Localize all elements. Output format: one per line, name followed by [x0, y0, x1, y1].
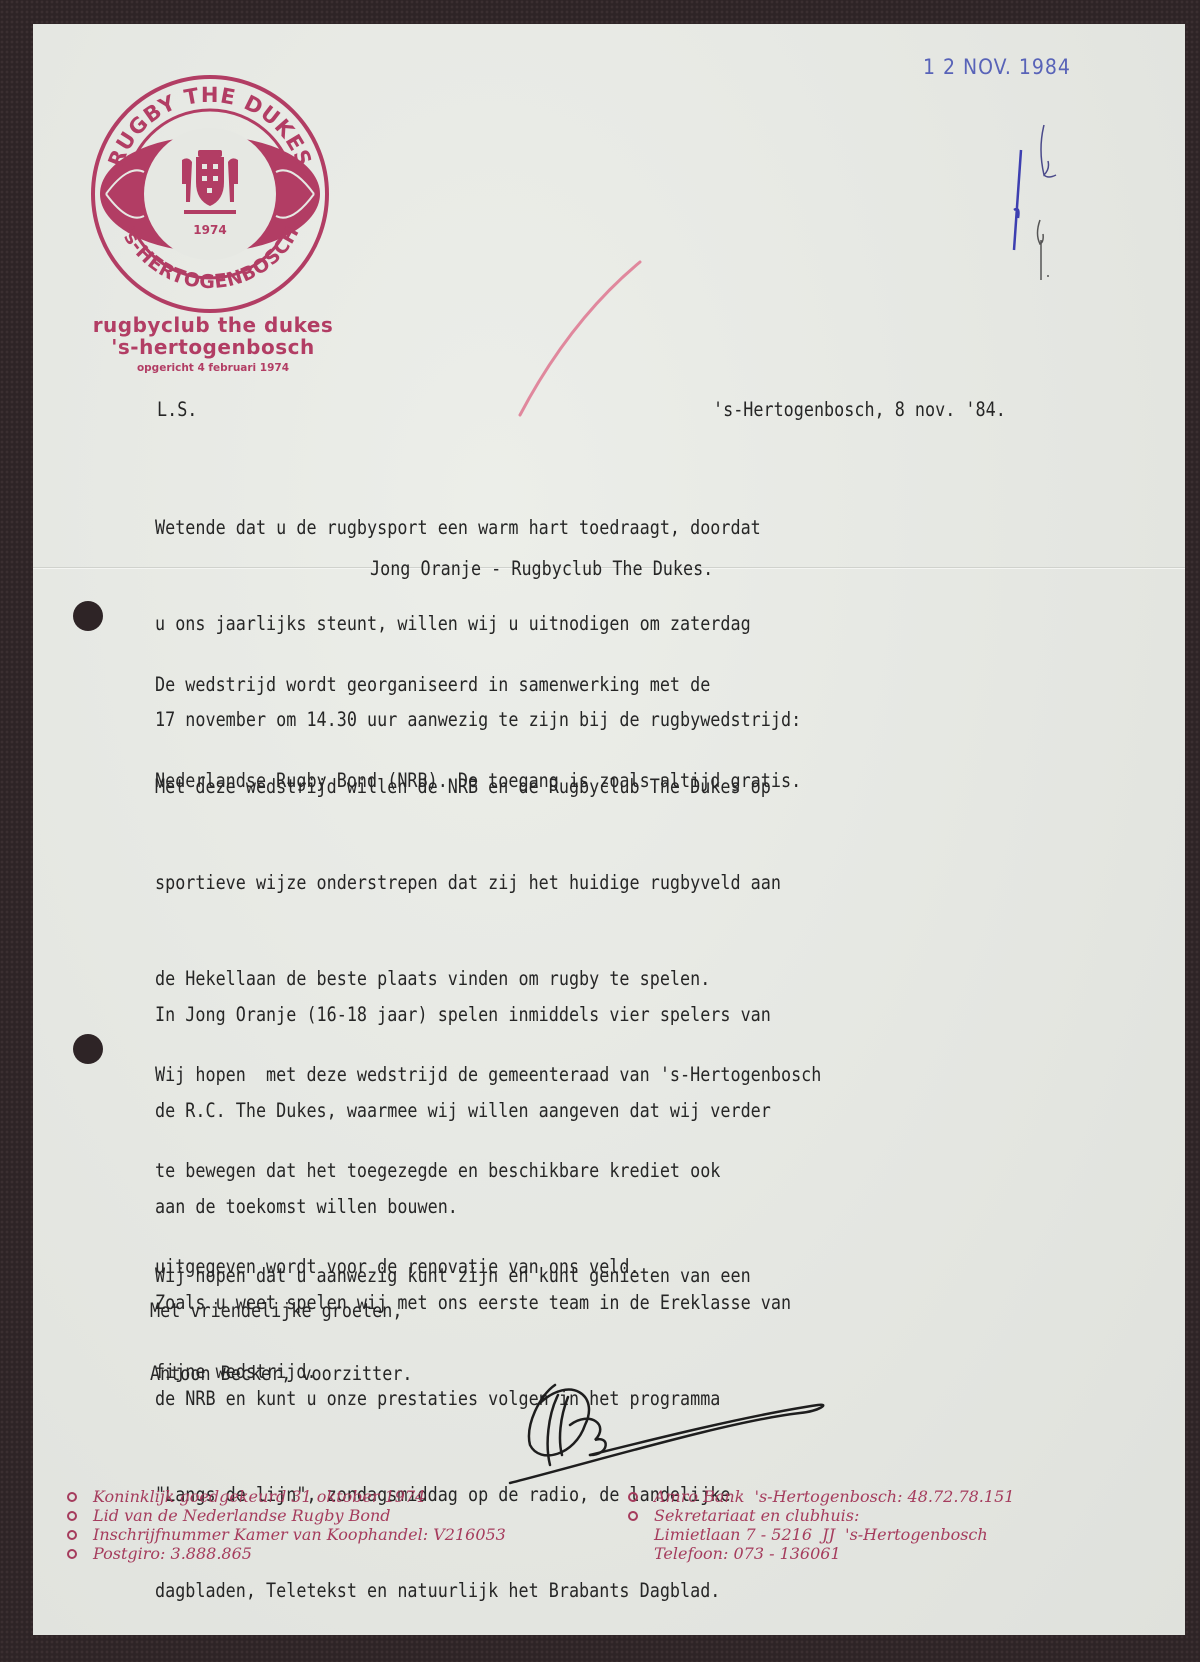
footer-text: Koninklijk goedgekeurd 31 oktober 1974: [93, 1487, 425, 1506]
circle-bullet-icon: [67, 1530, 77, 1540]
footer-contact-info: Amro Bank 's-Hertogenbosch: 48.72.78.151…: [628, 1487, 1014, 1563]
closing-greeting: Met vriendelijke groeten,: [150, 1295, 402, 1327]
salutation: L.S.: [157, 394, 197, 426]
text-line: Wij hopen dat u aanwezig kunt zijn en ku…: [155, 1260, 751, 1292]
footer-item: Limietlaan 7 - 5216 JJ 's-Hertogenbosch: [628, 1525, 1014, 1544]
footer-item: Lid van de Nederlandse Rugby Bond: [67, 1506, 506, 1525]
match-title: Jong Oranje - Rugbyclub The Dukes.: [370, 553, 713, 585]
text-line: Wetende dat u de rugbysport een warm har…: [155, 512, 801, 544]
letter-date: 's-Hertogenbosch, 8 nov. '84.: [713, 394, 1006, 426]
footer-text: Sekretariaat en clubhuis:: [654, 1506, 859, 1525]
footer-item: Telefoon: 073 - 136061: [628, 1544, 1014, 1563]
club-city: 's-hertogenbosch: [82, 336, 344, 358]
circle-bullet-icon: [67, 1492, 77, 1502]
footer-text: Inschrijfnummer Kamer van Koophandel: V2…: [93, 1525, 506, 1544]
circle-bullet-icon: [628, 1511, 638, 1521]
footer-item: Koninklijk goedgekeurd 31 oktober 1974: [67, 1487, 506, 1506]
red-pencil-mark: [480, 250, 680, 450]
text-line: de R.C. The Dukes, waarmee wij willen aa…: [155, 1095, 791, 1127]
footer-text: Lid van de Nederlandse Rugby Bond: [93, 1506, 391, 1525]
footer-text: Telefoon: 073 - 136061: [654, 1544, 841, 1563]
footer-text: Amro Bank 's-Hertogenbosch: 48.72.78.151: [654, 1487, 1014, 1506]
founded-date: opgericht 4 februari 1974: [82, 360, 344, 376]
footer-club-info: Koninklijk goedgekeurd 31 oktober 1974 L…: [67, 1487, 506, 1563]
punch-hole: [73, 1034, 103, 1064]
text-line: dagbladen, Teletekst en natuurlijk het B…: [155, 1575, 791, 1607]
footer-item: Inschrijfnummer Kamer van Koophandel: V2…: [67, 1525, 506, 1544]
text-line: Met deze wedstrijd willen de NRB en de R…: [155, 771, 821, 803]
punch-hole: [73, 601, 103, 631]
letterhead-text: rugbyclub the dukes 's-hertogenbosch opg…: [82, 314, 344, 376]
received-date-stamp: 1 2 NOV. 1984: [923, 55, 1071, 79]
svg-text:1974: 1974: [193, 223, 226, 237]
signatory-name: Antoon Becker, voorzitter.: [150, 1358, 413, 1390]
footer-item: Amro Bank 's-Hertogenbosch: 48.72.78.151: [628, 1487, 1014, 1506]
circle-bullet-icon: [67, 1549, 77, 1559]
text-line: sportieve wijze onderstrepen dat zij het…: [155, 867, 821, 899]
footer-item: Postgiro: 3.888.865: [67, 1544, 506, 1563]
footer-text: Postgiro: 3.888.865: [93, 1544, 252, 1563]
circle-bullet-icon: [628, 1492, 638, 1502]
club-name: rugbyclub the dukes: [82, 314, 344, 336]
circle-bullet-icon: [67, 1511, 77, 1521]
handwritten-signature: [500, 1355, 850, 1485]
handwritten-initials: [1000, 120, 1080, 300]
club-logo-emblem: 1974 RUGBY THE DUKES 's-HERTOGENBOSCH: [88, 72, 332, 316]
footer-text: Limietlaan 7 - 5216 JJ 's-Hertogenbosch: [654, 1525, 988, 1544]
footer-item: Sekretariaat en clubhuis:: [628, 1506, 1014, 1525]
text-line: In Jong Oranje (16-18 jaar) spelen inmid…: [155, 999, 791, 1031]
text-line: De wedstrijd wordt georganiseerd in same…: [155, 669, 801, 701]
